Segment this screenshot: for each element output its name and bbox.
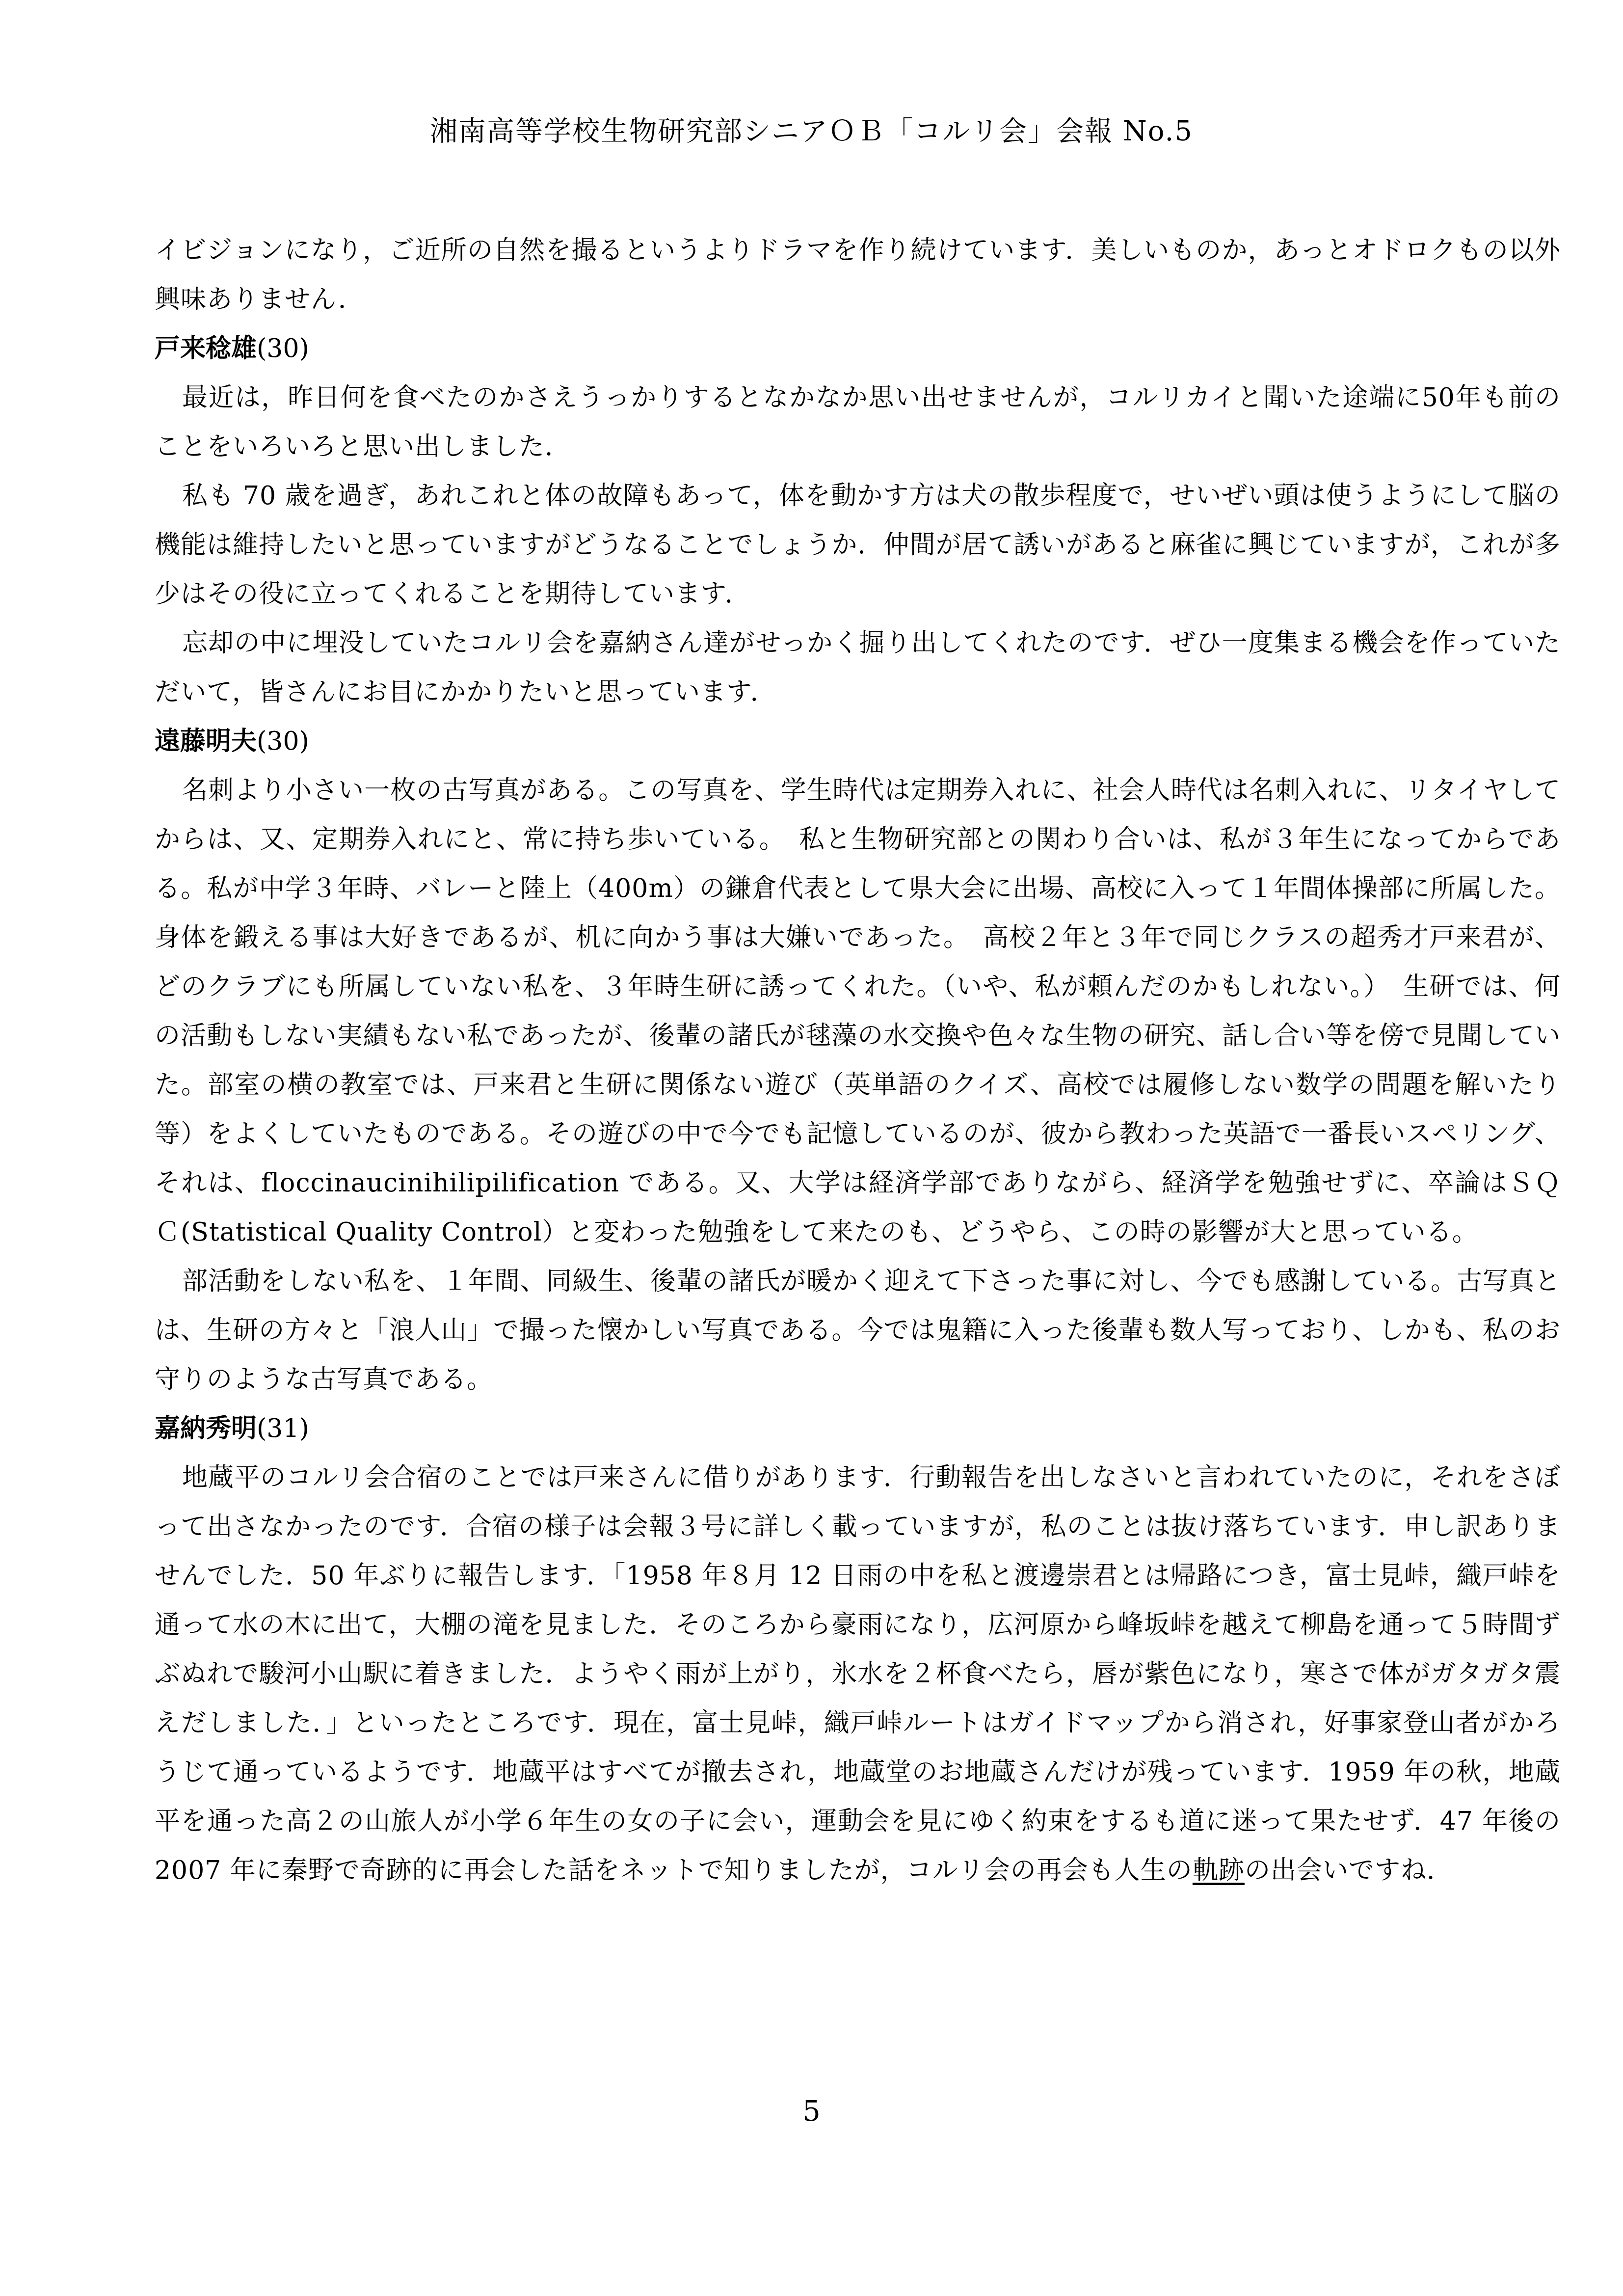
author-name: 遠藤明夫 xyxy=(155,727,257,756)
paragraph: 最近は，昨日何を食べたのかさえうっかりするとなかなか思い出せませんが，コルリカイ… xyxy=(155,373,1561,471)
paragraph: 私も 70 歳を過ぎ，あれこれと体の故障もあって，体を動かす方は犬の散歩程度で，… xyxy=(155,471,1561,619)
paragraph: 忘却の中に埋没していたコルリ会を嘉納さん達がせっかく掘り出してくれたのです．ぜひ… xyxy=(155,619,1561,717)
continued-paragraph: イビジョンになり，ご近所の自然を撮るというよりドラマを作り続けています．美しいも… xyxy=(155,226,1561,324)
paragraph-text: 地蔵平のコルリ会合宿のことでは戸来さんに借りがあります．行動報告を出しなさいと言… xyxy=(155,1463,1561,1885)
author-class-year: (30) xyxy=(257,334,309,363)
author-class-year: (30) xyxy=(257,727,309,756)
paragraph: 名刺より小さい一枚の古写真がある。この写真を、学生時代は定期券入れに、社会人時代… xyxy=(155,766,1561,1257)
newsletter-header: 湘南高等学校生物研究部シニアＯＢ「コルリ会」会報 No.5 xyxy=(0,112,1623,151)
author-heading-kano: 嘉納秀明(31) xyxy=(155,1404,1561,1453)
paragraph: 地蔵平のコルリ会合宿のことでは戸来さんに借りがあります．行動報告を出しなさいと言… xyxy=(155,1453,1561,1895)
underlined-word: 軌跡 xyxy=(1193,1856,1245,1885)
author-heading-endo: 遠藤明夫(30) xyxy=(155,717,1561,766)
paragraph: 部活動をしない私を、１年間、同級生、後輩の諸氏が暖かく迎えて下さった事に対し、今… xyxy=(155,1257,1561,1404)
article-body: イビジョンになり，ご近所の自然を撮るというよりドラマを作り続けています．美しいも… xyxy=(155,226,1561,1895)
author-name: 戸来稔雄 xyxy=(155,334,257,363)
author-class-year: (31) xyxy=(257,1414,309,1443)
author-name: 嘉納秀明 xyxy=(155,1414,257,1443)
author-heading-herai: 戸来稔雄(30) xyxy=(155,324,1561,373)
paragraph-closing-text: の出会いですね． xyxy=(1245,1856,1453,1885)
page-number: 5 xyxy=(0,2091,1623,2131)
